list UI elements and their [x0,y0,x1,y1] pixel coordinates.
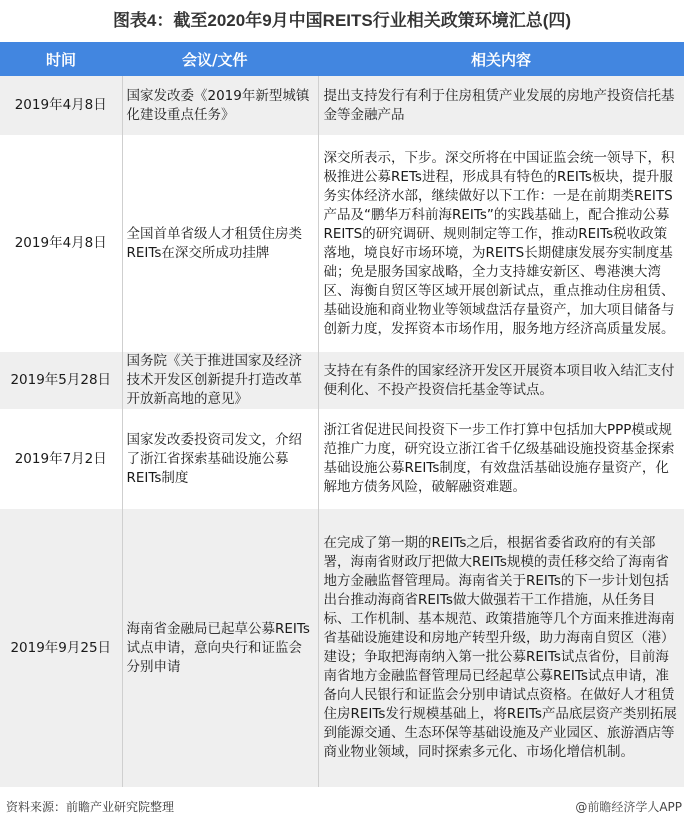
header-content: 相关内容 [318,42,684,76]
table-row: 2019年5月28日 国务院《关于推进国家及经济技术开发区创新提升打造改革开放新… [0,352,684,409]
source-note: 资料来源：前瞻产业研究院整理 [6,798,174,815]
row-date: 2019年5月28日 [0,352,122,409]
row-date: 2019年7月2日 [0,409,122,509]
row-document: 国务院《关于推进国家及经济技术开发区创新提升打造改革开放新高地的意见》 [122,352,318,409]
row-content: 深交所表示，下步。深交所将在中国证监会统一领导下，积极推进公募RETs进程，形成… [318,135,684,352]
row-document: 全国首单省级人才租赁住房类REITs在深交所成功挂牌 [122,135,318,352]
row-document: 国家发改委《2019年新型城镇化建设重点任务》 [122,76,318,135]
header-document: 会议/文件 [122,42,318,76]
row-content: 在完成了第一期的REITs之后，根据省委省政府的有关部署，海南省财政厅把做大RE… [318,509,684,787]
row-content: 浙江省促进民间投资下一步工作打算中包括加大PPP模或规范推广力度，研究设立浙江省… [318,409,684,509]
row-document: 海南省金融局已起草公募REITs试点申请，意向央行和证监会分别申请 [122,509,318,787]
brand-credit: @前瞻经济学人APP [575,798,682,815]
header-date: 时间 [0,42,122,76]
table-row: 2019年9月25日 海南省金融局已起草公募REITs试点申请，意向央行和证监会… [0,509,684,787]
table-row: 2019年7月2日 国家发改委投资司发文，介绍了浙江省探索基础设施公募REITs… [0,409,684,509]
row-date: 2019年4月8日 [0,135,122,352]
table-header-row: 时间 会议/文件 相关内容 [0,42,684,76]
row-date: 2019年4月8日 [0,76,122,135]
row-content: 支持在有条件的国家经济开发区开展资本项目收入结汇支付便利化、不投产投资信托基金等… [318,352,684,409]
table-row: 2019年4月8日 国家发改委《2019年新型城镇化建设重点任务》 提出支持发行… [0,76,684,135]
chart-title: 图表4：截至2020年9月中国REITS行业相关政策环境汇总(四) [0,0,684,42]
row-document: 国家发改委投资司发文，介绍了浙江省探索基础设施公募REITs制度 [122,409,318,509]
table-row: 2019年4月8日 全国首单省级人才租赁住房类REITs在深交所成功挂牌 深交所… [0,135,684,352]
footer: 资料来源：前瞻产业研究院整理 @前瞻经济学人APP [0,792,684,822]
row-content: 提出支持发行有利于住房租赁产业发展的房地产投资信托基金等金融产品 [318,76,684,135]
row-date: 2019年9月25日 [0,509,122,787]
policy-table: 时间 会议/文件 相关内容 2019年4月8日 国家发改委《2019年新型城镇化… [0,42,684,787]
